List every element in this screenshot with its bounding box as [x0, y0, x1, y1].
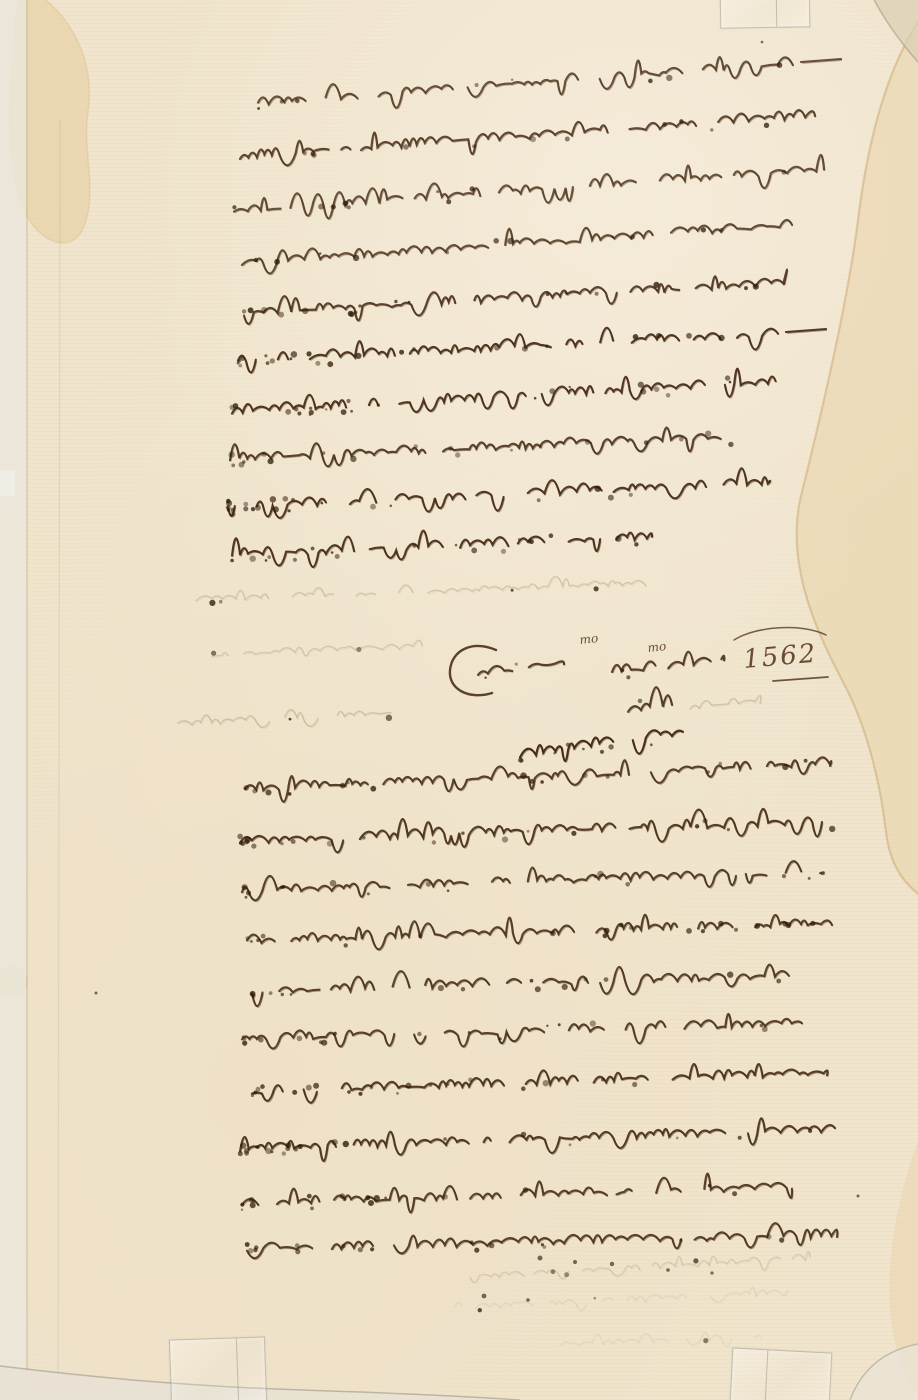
ink-blob	[253, 1248, 257, 1252]
ink-blob	[350, 456, 356, 462]
ink-blob	[331, 551, 334, 554]
ink-blob	[569, 1143, 572, 1146]
ink-blob	[237, 834, 243, 840]
ink-blob	[629, 925, 634, 930]
ink-blob	[738, 1136, 742, 1140]
ink-blob	[278, 312, 284, 318]
ink-line	[242, 220, 792, 274]
ink-blob	[779, 1238, 784, 1243]
ink-blob	[766, 1234, 772, 1240]
ink-blob	[243, 506, 248, 511]
ink-line-echo	[248, 916, 833, 951]
ink-blob	[701, 929, 705, 933]
ink-blob	[242, 460, 245, 463]
ink-blob	[341, 409, 347, 415]
ink-blob	[727, 828, 730, 831]
ink-blob	[804, 759, 808, 763]
ink-speck	[710, 1271, 713, 1274]
tape-fold-line	[236, 1338, 239, 1400]
ink-blob	[808, 877, 811, 880]
ink-line-echo	[241, 810, 823, 853]
ink-blob	[270, 496, 276, 502]
ink-blob	[343, 1141, 349, 1147]
ink-blob	[250, 1202, 256, 1208]
ink-blob	[808, 1129, 812, 1133]
ink-blob	[604, 977, 609, 982]
ink-blob	[230, 508, 234, 512]
ink-blob	[377, 403, 380, 406]
ink-blob	[535, 986, 541, 992]
ink-blob	[461, 987, 465, 991]
ink-blob	[521, 1086, 526, 1091]
ink-blob	[242, 309, 246, 313]
ink-blob	[549, 388, 555, 394]
ink-blob	[781, 170, 786, 175]
ink-blob	[399, 350, 404, 355]
stain	[874, 0, 918, 62]
ink-blob	[319, 1040, 323, 1044]
ink-speck	[95, 992, 98, 995]
ink-blob	[710, 128, 713, 131]
ink-blob	[436, 190, 439, 193]
ink-blob	[270, 358, 275, 363]
ink-blob	[327, 841, 333, 847]
ink-blob	[303, 151, 307, 155]
stain	[0, 0, 26, 1400]
ink-blob	[250, 940, 253, 943]
ink-blob	[507, 238, 514, 245]
ink-blob	[475, 83, 479, 87]
ink-blob	[590, 1020, 596, 1026]
ink-blob	[615, 536, 621, 542]
ink-blob	[248, 1248, 254, 1254]
ink-blob	[384, 1197, 387, 1200]
ink-blob	[515, 663, 518, 666]
tape-fold-line	[775, 0, 777, 27]
ink-blob	[243, 785, 249, 791]
ink-blob	[634, 542, 638, 546]
ink-speck	[526, 1298, 530, 1302]
ink-blob	[443, 1137, 447, 1141]
ink-blob	[625, 882, 630, 887]
ink-blob	[582, 748, 585, 751]
ink-blob	[468, 1078, 472, 1082]
ink-blob	[782, 874, 786, 878]
ink-blob	[640, 389, 646, 395]
ink-line	[244, 270, 787, 324]
ink-blob	[546, 1025, 548, 1027]
ink-blob	[638, 699, 643, 704]
ink-blob	[298, 1144, 303, 1149]
ink-line-echo	[243, 1015, 803, 1049]
ink-blob	[455, 452, 460, 457]
ink-blob	[446, 199, 451, 204]
ink-blob	[252, 789, 257, 794]
ink-blob	[309, 413, 312, 416]
ink-blob	[703, 818, 708, 823]
ink-blob	[280, 99, 284, 103]
ink-line-echo	[259, 58, 842, 109]
ink-blob	[254, 258, 258, 262]
ink-blob	[242, 1035, 245, 1038]
ink-blob	[251, 1094, 254, 1097]
ink-speck	[291, 498, 295, 502]
ink-blob	[566, 743, 570, 747]
ink-blob	[571, 831, 576, 836]
ink-line	[245, 757, 831, 801]
ink-blob	[370, 1086, 374, 1090]
ink-blob	[510, 449, 513, 452]
ink-blob	[306, 351, 311, 356]
ink-blob	[282, 1151, 286, 1155]
ink-blob	[310, 1207, 314, 1211]
ink-blob	[309, 407, 312, 410]
ink-blob	[727, 972, 733, 978]
ink-layer	[95, 41, 860, 1348]
superscript-mo-1: mo	[579, 631, 599, 647]
ink-blob	[406, 1083, 412, 1089]
ink-blob	[417, 1032, 421, 1036]
ink-line-echo	[179, 711, 392, 729]
ink-blob	[511, 79, 513, 81]
ink-blob	[565, 292, 568, 295]
ink-blob	[273, 506, 279, 512]
ink-blob	[242, 884, 248, 890]
ink-blob	[258, 1037, 263, 1042]
ink-blob	[732, 1191, 737, 1196]
ink-blob	[693, 1258, 698, 1263]
ink-blob	[744, 286, 748, 290]
ink-blob	[293, 558, 297, 562]
ink-blob	[288, 792, 292, 796]
ink-blob	[251, 507, 255, 511]
ink-blob	[666, 75, 672, 81]
ink-blob	[294, 407, 298, 411]
ink-blob	[209, 600, 215, 606]
ink-blob	[255, 1145, 258, 1148]
ink-blob	[447, 1083, 450, 1086]
ink-blob	[280, 842, 283, 845]
ink-blob	[585, 439, 591, 445]
ink-blob	[322, 451, 325, 454]
ink-blob	[370, 504, 376, 510]
ink-blob	[307, 1194, 312, 1199]
ink-blob	[679, 119, 683, 123]
ink-blob	[426, 882, 431, 887]
ink-blob	[429, 1084, 432, 1087]
ink-line	[240, 809, 822, 852]
ink-speck	[538, 1256, 543, 1261]
ink-blob	[261, 934, 266, 939]
ink-blob	[594, 1297, 597, 1300]
ink-blob	[718, 335, 724, 341]
ink-blob	[654, 387, 659, 392]
ink-blob	[493, 238, 499, 244]
ink-line-echo	[241, 111, 816, 166]
ink-blob	[648, 79, 653, 84]
ink-blob	[523, 1187, 529, 1193]
ink-blob	[365, 1195, 370, 1200]
ink-blob	[501, 549, 506, 554]
ink-blob	[679, 437, 684, 442]
ink-speck	[761, 41, 764, 44]
ink-blob	[226, 500, 232, 506]
ink-blob	[386, 715, 392, 721]
stain	[850, 1344, 918, 1400]
ink-blob	[390, 505, 393, 508]
ink-blob	[374, 1195, 380, 1201]
ink-blob	[302, 308, 308, 314]
ink-blob	[256, 939, 260, 943]
ink-blob	[344, 943, 348, 947]
ink-blob	[362, 836, 366, 840]
ink-blob	[601, 1078, 605, 1082]
ink-blob	[695, 824, 699, 828]
ink-blob	[701, 227, 706, 232]
ink-blob	[445, 251, 449, 255]
ink-blob	[595, 486, 601, 492]
ink-blob	[719, 762, 723, 766]
ink-blob	[295, 1243, 300, 1248]
ink-blob	[566, 1192, 569, 1195]
ink-blob	[325, 408, 328, 411]
ink-blob	[297, 412, 301, 416]
ink-blob	[294, 1147, 298, 1151]
ink-blob	[282, 885, 286, 889]
ink-blob	[219, 600, 223, 604]
ink-blob	[244, 1148, 250, 1154]
ink-blob	[545, 345, 549, 349]
ink-blob	[340, 783, 346, 789]
ink-blob	[285, 1146, 290, 1151]
ink-line	[520, 730, 683, 761]
ink-blob	[527, 830, 530, 833]
ink-blob	[268, 458, 274, 464]
ink-blob	[251, 994, 255, 998]
ink-blob	[600, 750, 604, 754]
ink-blob	[414, 444, 418, 448]
superscript-mo-2: mo	[647, 639, 667, 655]
ink-blob	[650, 743, 653, 746]
handwriting-layer: 1562 mo mo	[0, 0, 918, 1400]
ink-blob	[528, 540, 532, 544]
stain	[58, 120, 60, 1400]
ink-blob	[604, 928, 610, 934]
ink-blob	[355, 353, 361, 359]
tape-piece-3	[730, 1347, 833, 1400]
ink-blob	[502, 836, 508, 842]
ink-line-echo	[613, 653, 725, 673]
ink-blob	[261, 307, 267, 313]
ink-line	[252, 1064, 828, 1103]
ink-blob	[347, 205, 351, 209]
ink-blob	[594, 875, 598, 879]
ink-blob	[321, 502, 324, 505]
ink-line	[455, 1287, 788, 1311]
ink-blob	[676, 1137, 679, 1140]
manuscript-scan: 1562 mo mo	[0, 0, 918, 1400]
ink-blob	[270, 1150, 273, 1153]
ink-line-echo	[456, 1288, 789, 1312]
ink-blob	[686, 928, 692, 934]
stain-layer	[0, 0, 918, 1400]
ink-blob	[238, 1151, 243, 1156]
ink-blob	[619, 923, 624, 928]
ink-blob	[269, 991, 273, 995]
ink-blob	[461, 832, 464, 835]
ink-blob	[783, 921, 788, 926]
ink-blob	[311, 547, 315, 551]
ink-blob	[549, 533, 554, 538]
ink-blob	[227, 509, 230, 512]
ink-line	[690, 695, 761, 709]
ink-blob	[511, 589, 514, 592]
ink-blob	[237, 361, 240, 364]
ink-blob	[760, 1024, 764, 1028]
ink-blob	[520, 759, 524, 763]
ink-line	[470, 1251, 810, 1282]
ink-blob	[447, 889, 450, 892]
ink-line-echo	[243, 1175, 793, 1214]
ink-line	[242, 1173, 792, 1212]
ink-blob	[242, 1041, 247, 1046]
ink-line-echo	[246, 759, 832, 803]
ink-blob	[564, 1272, 569, 1277]
ink-blob	[725, 375, 730, 380]
ink-blob	[335, 554, 340, 559]
ink-blob	[706, 770, 710, 774]
ink-blob	[455, 544, 458, 547]
ink-blob	[297, 1036, 303, 1042]
ink-blob	[638, 382, 644, 388]
ink-blob	[239, 840, 244, 845]
ink-blob	[230, 559, 234, 563]
ink-blob	[734, 928, 738, 932]
ink-blob	[289, 718, 292, 721]
ink-blob	[327, 361, 333, 367]
ink-blob	[243, 502, 248, 507]
ink-blob	[582, 773, 588, 779]
ink-blob	[468, 1031, 471, 1034]
ink-blob	[251, 844, 256, 849]
ink-blob	[332, 1139, 338, 1145]
ink-blob	[231, 464, 235, 468]
ink-line	[560, 1332, 760, 1346]
stain	[0, 470, 15, 496]
ink-blob	[315, 361, 320, 366]
ink-blob	[728, 442, 733, 447]
ink-blob	[350, 410, 353, 413]
ink-blob	[368, 1200, 374, 1206]
ink-blob	[291, 839, 296, 844]
ink-blob	[358, 1247, 363, 1252]
ink-blob	[313, 1083, 319, 1089]
ink-blob	[777, 62, 783, 68]
ink-blob	[518, 538, 521, 541]
ink-line-echo	[245, 271, 788, 325]
ink-blob	[264, 354, 267, 357]
ink-blob	[546, 293, 550, 297]
ink-blob	[471, 548, 477, 554]
ink-blob	[539, 445, 543, 449]
ink-blob	[530, 779, 535, 784]
ink-blob	[257, 107, 260, 110]
ink-line	[478, 661, 564, 675]
ink-line	[238, 328, 826, 373]
ink-line-echo	[197, 578, 647, 602]
ink-blob	[494, 345, 499, 350]
tape-piece-1	[720, 0, 811, 29]
ink-blob	[754, 923, 760, 929]
ink-blob	[346, 399, 350, 403]
tape-fold-line	[765, 1350, 769, 1400]
ink-blob	[489, 1243, 495, 1249]
ink-blob	[306, 1085, 312, 1091]
ink-blob	[241, 1209, 243, 1211]
ink-blob	[597, 871, 604, 878]
ink-blob	[413, 544, 417, 548]
ink-blob	[633, 334, 639, 340]
ink-blob	[246, 936, 250, 940]
ink-blob	[394, 300, 397, 303]
ink-blob	[679, 1239, 682, 1242]
ink-blob	[530, 979, 534, 983]
ink-blob	[283, 496, 289, 502]
ink-blob	[291, 351, 298, 358]
ink-line	[240, 1118, 835, 1161]
ink-speck	[482, 1294, 487, 1299]
ink-blob	[686, 333, 692, 339]
ink-blob	[782, 764, 788, 770]
ink-blob	[776, 979, 781, 984]
ink-blob	[520, 772, 527, 779]
ink-speck	[610, 1262, 614, 1266]
ink-blob	[472, 144, 476, 148]
ink-blob	[367, 892, 370, 895]
ink-blob	[534, 397, 537, 400]
ink-blob	[403, 144, 409, 150]
ink-blob	[644, 440, 649, 445]
ink-blob	[553, 752, 555, 754]
ink-blob	[341, 1244, 346, 1249]
ink-blob	[238, 364, 242, 368]
ink-blob	[248, 307, 254, 313]
ink-blob	[550, 930, 556, 936]
ink-blob	[418, 934, 423, 939]
ink-blob	[292, 1090, 297, 1095]
ink-blob	[662, 122, 667, 127]
ink-blob	[319, 252, 321, 254]
ink-blob	[764, 123, 769, 128]
ink-blob	[666, 393, 671, 398]
ink-blob	[340, 1193, 346, 1199]
ink-line	[232, 369, 776, 414]
ink-blob	[653, 282, 659, 288]
ink-blob	[412, 347, 416, 351]
ink-speck	[666, 1268, 670, 1272]
ink-blob	[606, 775, 610, 779]
ink-blob	[311, 151, 316, 156]
ink-blob	[245, 896, 248, 899]
ink-blob	[333, 1032, 337, 1036]
ink-blob	[595, 292, 599, 296]
ink-blob	[470, 186, 475, 191]
ink-blob	[703, 1338, 708, 1343]
ink-blob	[211, 651, 216, 656]
ink-blob	[474, 1248, 479, 1253]
ink-blob	[565, 137, 570, 142]
ink-blob	[356, 647, 361, 652]
